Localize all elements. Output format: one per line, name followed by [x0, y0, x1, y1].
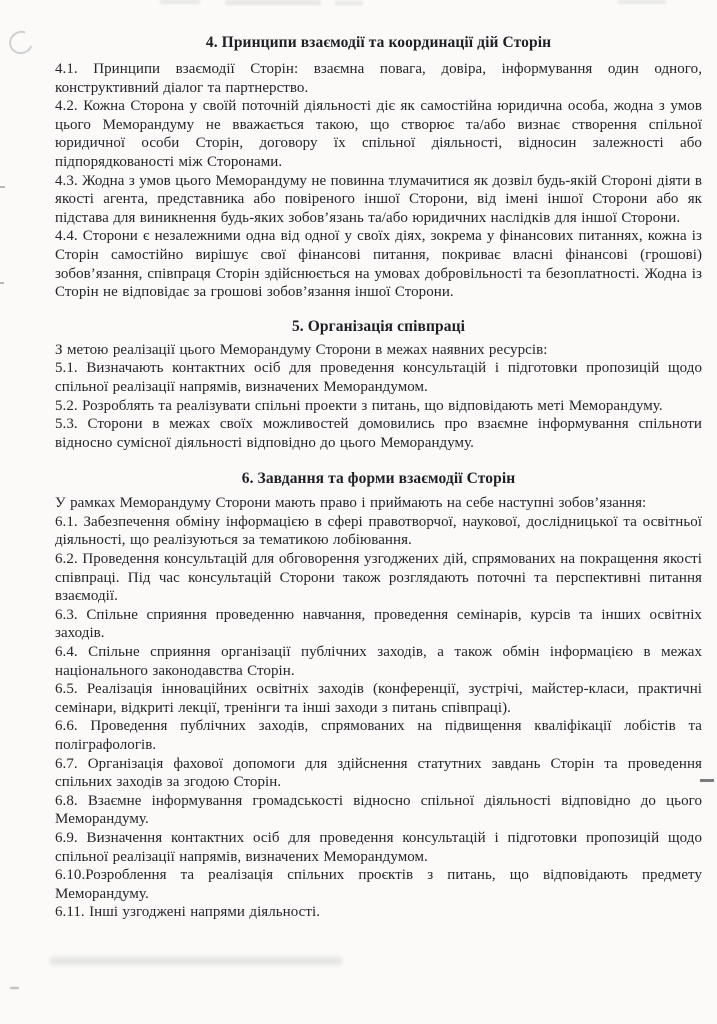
- paragraph-4-2: 4.2. Кожна Сторона у своїй поточній діял…: [55, 97, 702, 171]
- paragraph-4-3: 4.3. Жодна з умов цього Меморандуму не п…: [55, 172, 702, 228]
- scan-smudge: [160, 0, 200, 4]
- scan-speck: [10, 987, 19, 989]
- section-5-heading: 5. Організація співпраці: [55, 317, 702, 336]
- paragraph-5-1: 5.1. Визначають контактних осіб для пров…: [55, 359, 702, 396]
- paragraph-6-2: 6.2. Проведення консультацій для обговор…: [55, 550, 702, 606]
- paragraph-6-6: 6.6. Проведення публічних заходів, спрям…: [55, 717, 702, 754]
- scan-smudge: [335, 1, 363, 5]
- paragraph-6-1: 6.1. Забезпечення обміну інформацією в с…: [55, 513, 702, 550]
- page-bleed-through: [50, 957, 342, 965]
- paragraph-6-10: 6.10.Розроблення та реалізація спільних …: [55, 866, 702, 903]
- paragraph-6-11: 6.11. Інші узгоджені напрями діяльності.: [55, 903, 702, 922]
- section-6-heading: 6. Завдання та форми взаємодії Сторін: [55, 469, 702, 488]
- scanned-document-page: 4. Принципи взаємодії та координації дій…: [0, 0, 717, 1024]
- paragraph-5-3: 5.3. Сторони в межах своїх можливостей д…: [55, 415, 702, 452]
- paragraph-6-5: 6.5. Реалізація інноваційних освітніх за…: [55, 680, 702, 717]
- paragraph-4-4: 4.4. Сторони є незалежними одна від одно…: [55, 227, 702, 301]
- paragraph-6-3: 6.3. Спільне сприяння проведенню навчанн…: [55, 606, 702, 643]
- section-4-heading: 4. Принципи взаємодії та координації дій…: [55, 33, 702, 52]
- paragraph-6-8: 6.8. Взаємне інформування громадськості …: [55, 792, 702, 829]
- scan-speck: [0, 186, 5, 188]
- paragraph-6-7: 6.7. Організація фахової допомоги для зд…: [55, 755, 702, 792]
- paragraph-6-9: 6.9. Визначення контактних осіб для пров…: [55, 829, 702, 866]
- section-5-intro: З метою реалізації цього Меморандуму Сто…: [55, 341, 702, 360]
- section-6-intro: У рамках Меморандуму Сторони мають право…: [55, 494, 702, 513]
- paragraph-4-1: 4.1. Принципи взаємодії Сторін: взаємна …: [55, 60, 702, 97]
- margin-dash-mark: [700, 779, 714, 782]
- scan-speck: [0, 282, 4, 284]
- scan-smudge: [225, 0, 321, 5]
- hole-punch-mark: [5, 27, 36, 58]
- scan-smudge: [618, 0, 666, 4]
- document-content: 4. Принципи взаємодії та координації дій…: [55, 33, 702, 922]
- paragraph-6-4: 6.4. Спільне сприяння організації публіч…: [55, 643, 702, 680]
- paragraph-5-2: 5.2. Розроблять та реалізувати спільні п…: [55, 397, 702, 416]
